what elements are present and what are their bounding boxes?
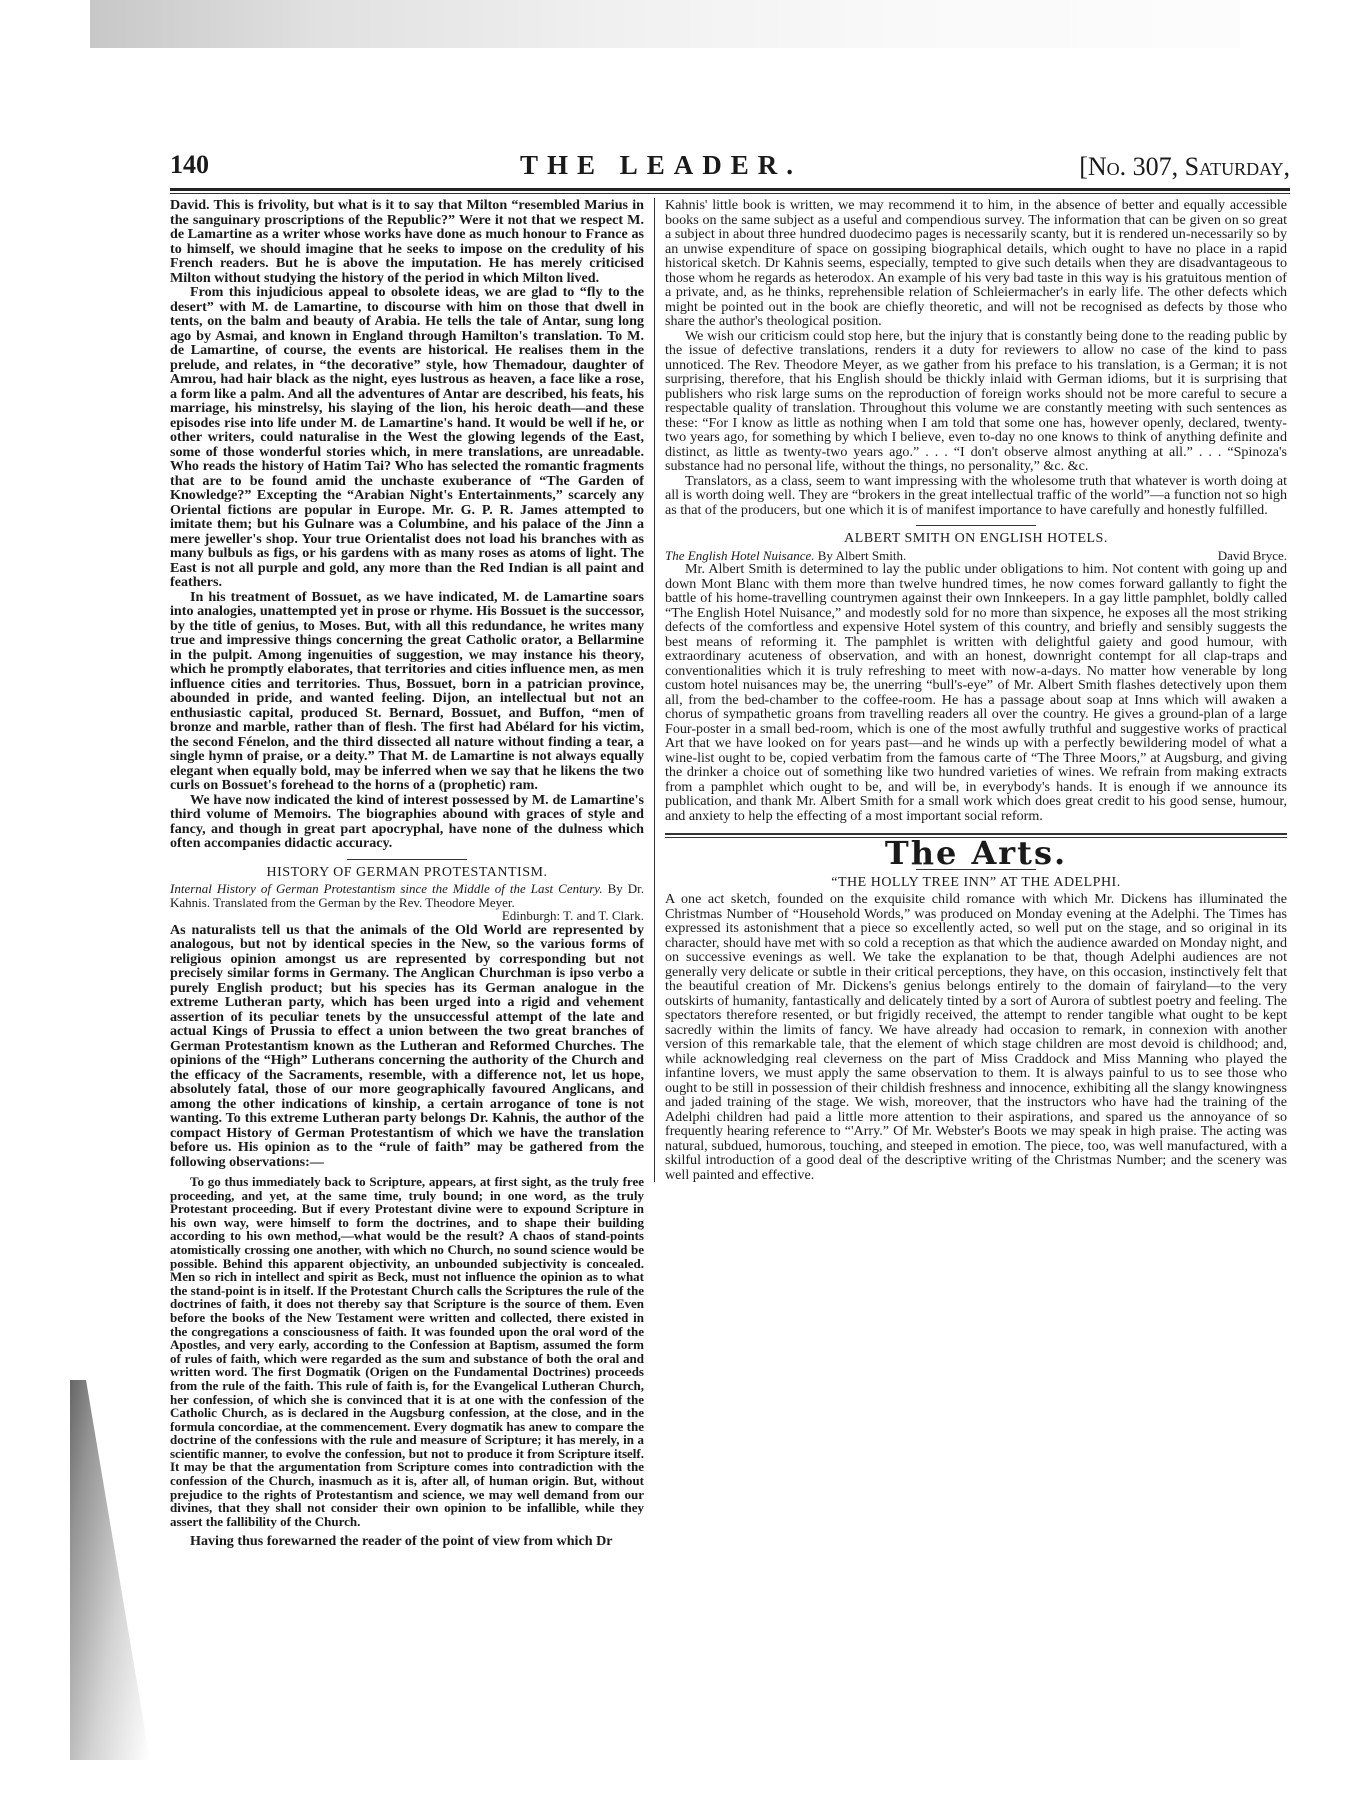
section-heading: HISTORY OF GERMAN PROTESTANTISM. — [170, 866, 644, 881]
article-paragraph: David. This is frivolity, but what is it… — [170, 198, 644, 285]
article-paragraph: Kahnis' little book is written, we may r… — [665, 198, 1287, 329]
book-reference: The English Hotel Nuisance. By Albert Sm… — [665, 549, 1287, 563]
block-quotation: To go thus immediately back to Scripture… — [170, 1175, 644, 1528]
book-imprint: Edinburgh: T. and T. Clark. — [170, 909, 644, 923]
article-paragraph: We have now indicated the kind of intere… — [170, 793, 644, 851]
article-paragraph: A one act sketch, founded on the exquisi… — [665, 892, 1287, 1182]
section-divider — [916, 525, 1036, 526]
article-paragraph: Translators, as a class, seem to want im… — [665, 474, 1287, 518]
issue-info: [No. 307, Saturday, — [1079, 152, 1290, 182]
columns: David. This is frivolity, but what is it… — [170, 198, 1290, 1549]
page-number: 140 — [170, 150, 209, 180]
arts-section-title: The Arts. — [665, 846, 1287, 861]
left-column: David. This is frivolity, but what is it… — [170, 198, 654, 1549]
section-divider — [347, 859, 467, 860]
section-heading: ALBERT SMITH ON ENGLISH HOTELS. — [665, 532, 1287, 547]
article-paragraph: Mr. Albert Smith is determined to lay th… — [665, 562, 1287, 823]
scan-artifact-top — [90, 0, 1240, 48]
section-heading: “THE HOLLY TREE INN” AT THE ADELPHI. — [665, 876, 1287, 891]
article-paragraph: From this injudicious appeal to obsolete… — [170, 285, 644, 590]
masthead: 140 THE LEADER. [No. 307, Saturday, — [170, 150, 1290, 188]
article-paragraph: We wish our criticism could stop here, b… — [665, 329, 1287, 474]
article-paragraph: As naturalists tell us that the animals … — [170, 923, 644, 1170]
scan-artifact-left-edge — [70, 1380, 150, 1760]
right-column: Kahnis' little book is written, we may r… — [654, 198, 1287, 1182]
paper-title: THE LEADER. — [520, 150, 802, 181]
newspaper-page: 140 THE LEADER. [No. 307, Saturday, Davi… — [170, 150, 1290, 1549]
article-paragraph: In his treatment of Bossuet, as we have … — [170, 590, 644, 793]
book-reference: Internal History of German Protestantism… — [170, 882, 644, 923]
article-paragraph: Having thus forewarned the reader of the… — [170, 1534, 644, 1549]
book-publisher: David Bryce. — [1218, 549, 1287, 563]
masthead-rule — [170, 188, 1290, 194]
